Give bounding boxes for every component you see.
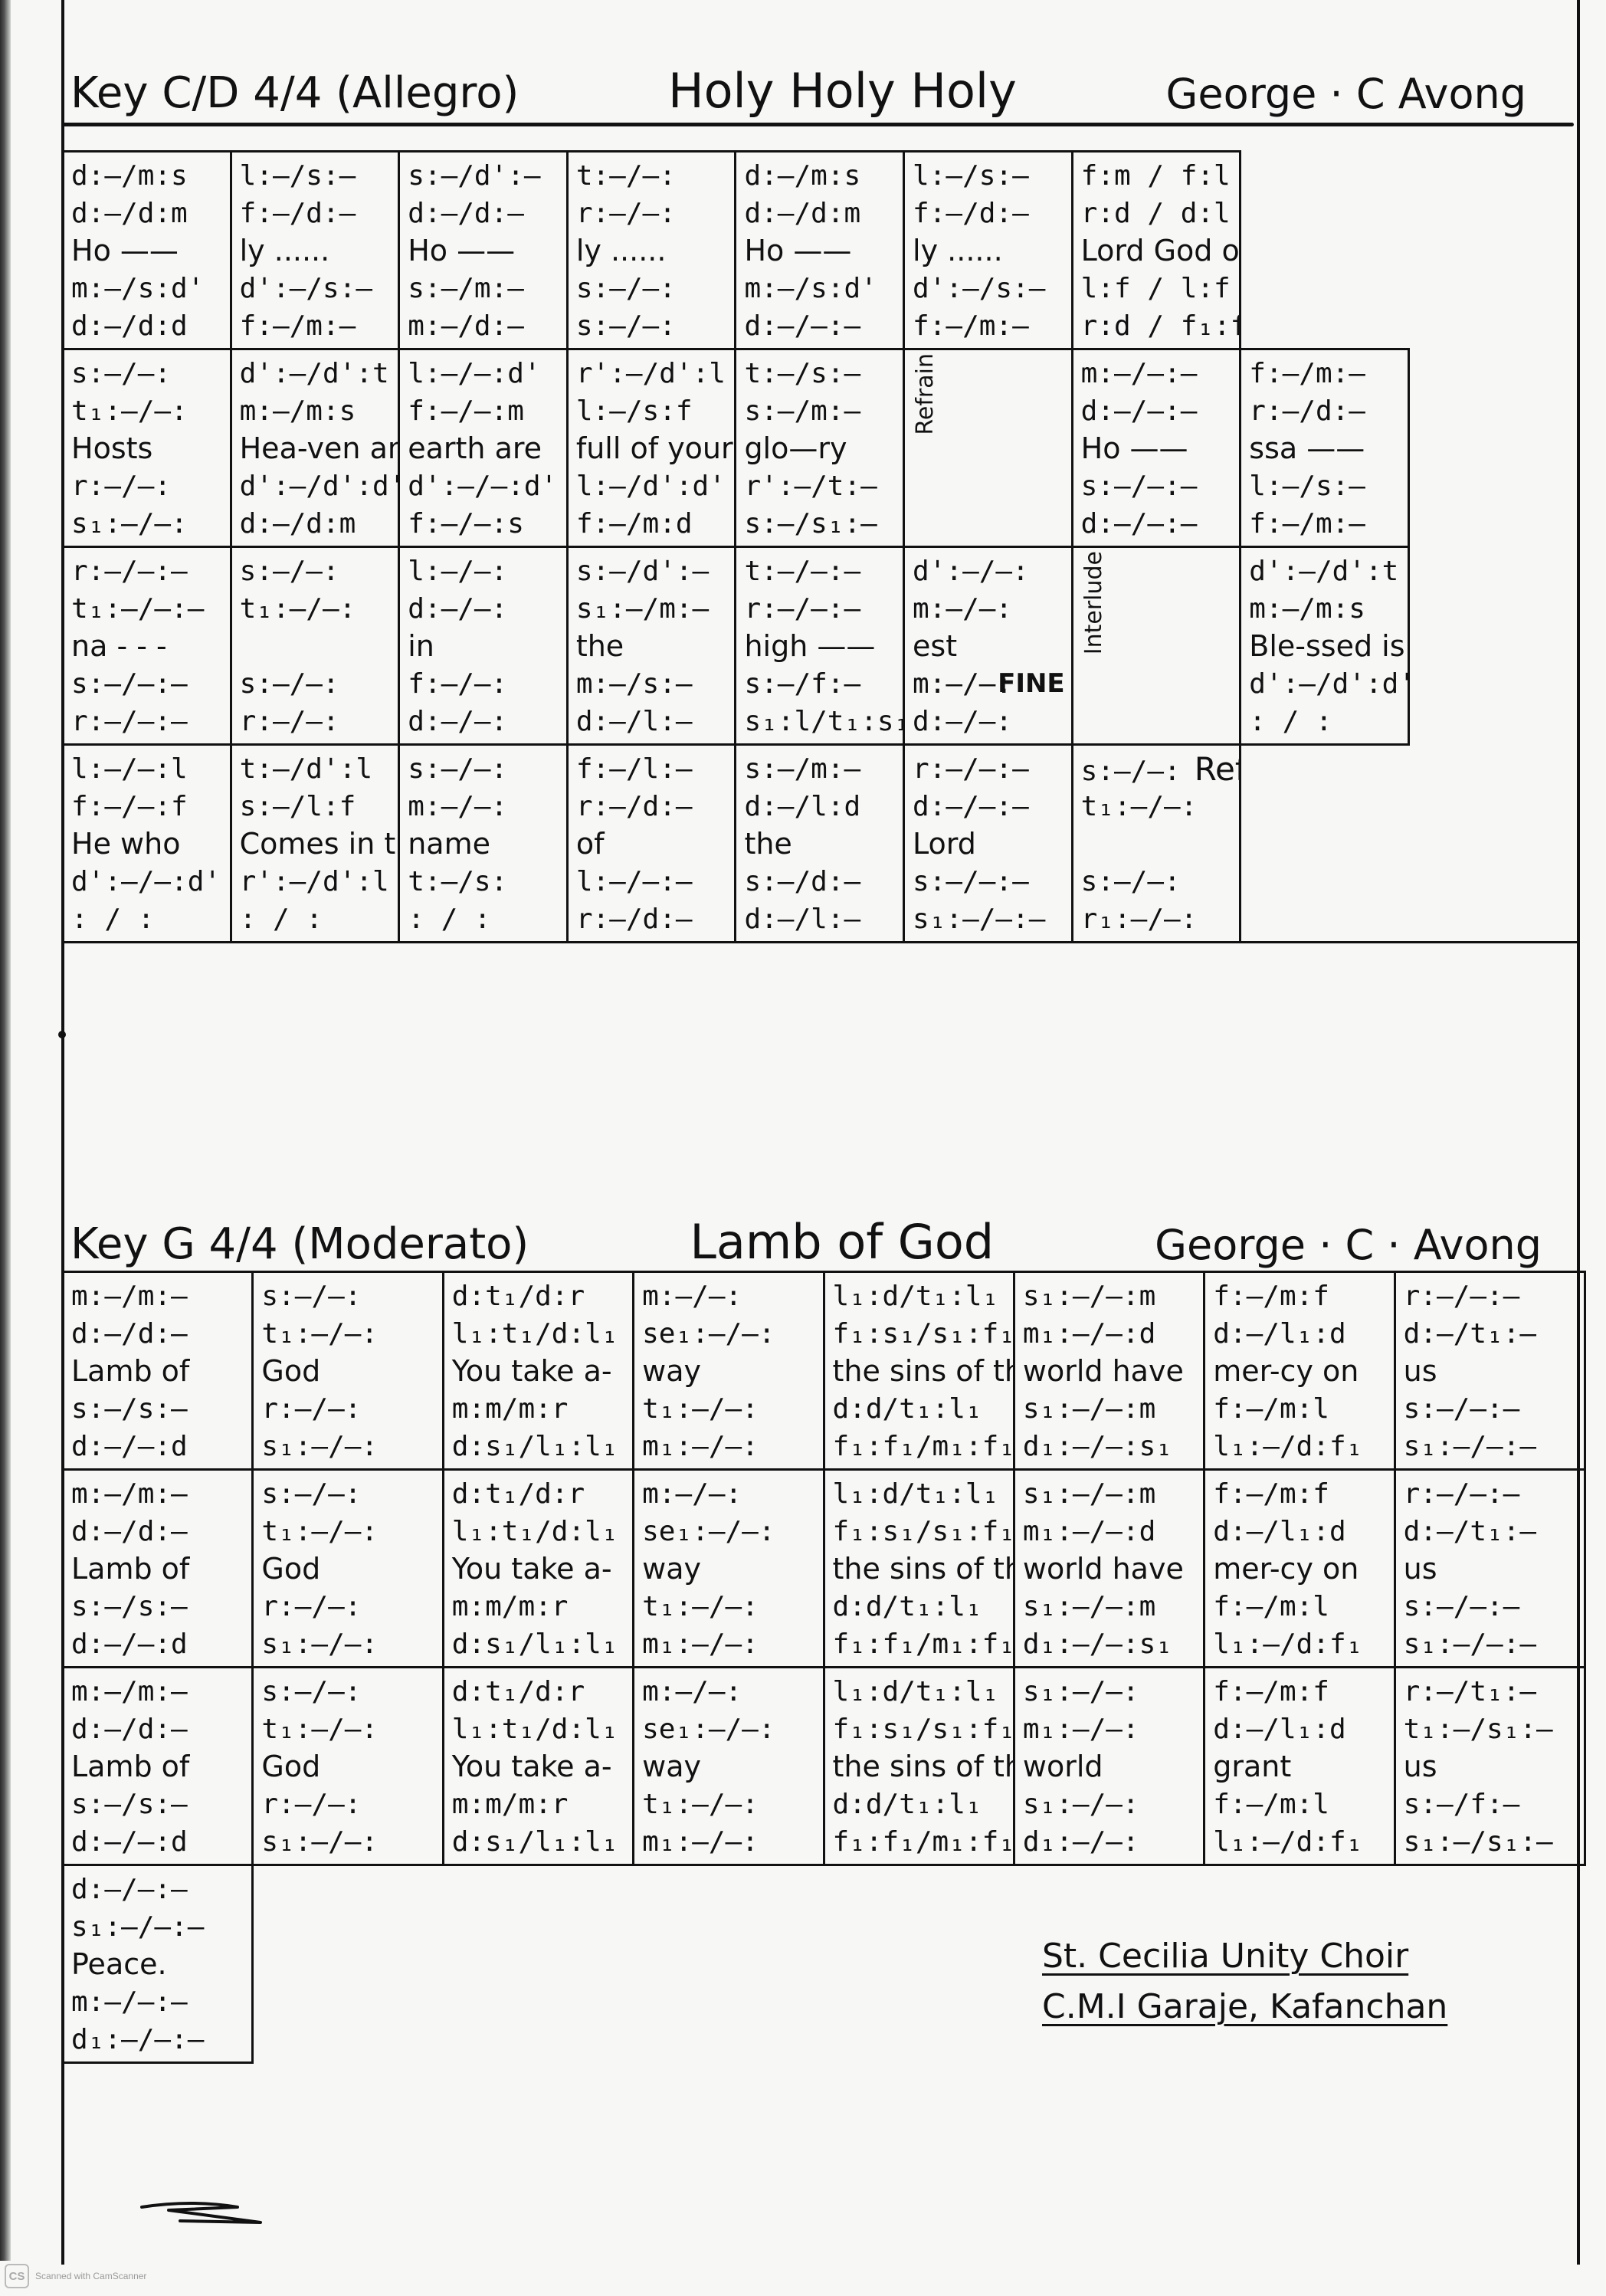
solfa-line: s:—/d':—: [576, 553, 729, 590]
solfa-line: d:d/t₁:l₁: [833, 1588, 1007, 1625]
lyric-line: Hea-ven and: [240, 430, 392, 467]
solfa-line: s:—/—:: [71, 355, 224, 392]
solfa-line: t₁:—/—:—: [71, 590, 224, 628]
solfa-line: t:—/s:: [408, 863, 560, 900]
solfa-line: t:—/s:—: [744, 355, 896, 392]
empty-space: [63, 943, 1578, 1166]
solfa-line: d:—/t₁:—: [1404, 1513, 1578, 1550]
solfa-line: m:m/m:r: [452, 1588, 626, 1625]
solfa-line: d':—/d':t: [240, 355, 392, 392]
choir-credits: St. Cecilia Unity Choir C.M.I Garaje, Ka…: [1042, 1931, 1447, 2032]
solfa-line: f:—/—:f: [71, 788, 224, 825]
solfa-line: m₁:—/—:d: [1023, 1315, 1197, 1353]
solfa-line: d':—/d':d': [1249, 665, 1401, 703]
measure-cell: d':—/—:m:—/—:estFINEm:—/—:d:—/—:: [904, 547, 1073, 745]
solfa-line: t₁:—/—:: [642, 1390, 816, 1428]
lyric-line: Ble-ssed is: [1249, 628, 1401, 665]
solfa-line: s₁:—/—:m: [1023, 1390, 1197, 1428]
solfa-line: f₁:s₁/s₁:f₁: [833, 1315, 1007, 1353]
measure-cell: d:—/—:—s₁:—/—:—Peace.m:—/—:—d₁:—/—:—: [63, 1865, 253, 2063]
solfa-line: s₁:—/—:: [71, 505, 224, 543]
solfa-line: se₁:—/—:: [642, 1711, 816, 1748]
solfa-line: m:—/m:s: [240, 392, 392, 430]
solfa-line: t₁:—/—:: [261, 1711, 435, 1748]
measure-cell: s:—/—:t₁:—/—:Hostsr:—/—:s₁:—/—:: [63, 349, 231, 547]
lyric-line: us: [1404, 1550, 1578, 1588]
solfa-line: s:—/s₁:—: [744, 505, 896, 543]
solfa-line: s:—/—:: [261, 1673, 435, 1711]
solfa-line: d':—/d':d': [240, 467, 392, 505]
measure-cell: s₁:—/—:mm₁:—/—:dworld haves₁:—/—:md₁:—/—…: [1014, 1470, 1204, 1668]
measure-cell: r:—/t₁:—t₁:—/s₁:—uss:—/f:—s₁:—/s₁:—: [1395, 1668, 1585, 1865]
solfa-line: d:—/l₁:d: [1213, 1711, 1387, 1748]
solfa-line: l:—/s:—: [240, 157, 392, 195]
piece2-header: Key G 4/4 (Moderato) Lamb of God George …: [70, 1219, 1542, 1266]
lyric-line: the: [744, 825, 896, 863]
solfa-line: f₁:f₁/m₁:f₁: [833, 1823, 1007, 1861]
solfa-line: s:—/l:f: [240, 788, 392, 825]
measure-cell: r:—/—:—d:—/—:—Lords:—/—:—s₁:—/—:—: [904, 745, 1073, 943]
solfa-line: r:—/—:: [240, 703, 392, 740]
solfa-line: s:—/f:—: [744, 665, 896, 703]
piece2-title: Lamb of God: [690, 1219, 994, 1266]
solfa-line: l₁:—/d:f₁: [1213, 1428, 1387, 1465]
solfa-line: r:—/d:—: [1249, 392, 1401, 430]
solfa-line: t₁:—/—:: [71, 392, 224, 430]
solfa-line: s₁:l/t₁:s₁: [744, 703, 896, 740]
measure-cell: l:—/—:d:—/—:inf:—/—:d:—/—:: [399, 547, 568, 745]
solfa-line: f:—/—:s: [408, 505, 560, 543]
solfa-line: s:—/f:—: [1404, 1786, 1578, 1823]
solfa-line: r:—/—:: [261, 1390, 435, 1428]
measure-cell: s:—/d':—s₁:—/m:—them:—/s:—d:—/l:—: [567, 547, 736, 745]
solfa-line: d:—/m:s: [71, 157, 224, 195]
solfa-line: s₁:—/—:: [261, 1625, 435, 1663]
piece2-key: Key G 4/4 (Moderato): [70, 1223, 529, 1266]
solfa-line: s:—/m:—: [408, 270, 560, 307]
solfa-line: s:—/—:: [261, 1278, 435, 1315]
solfa-line: d:—/d:m: [744, 195, 896, 232]
measure-cell: s:—/—:t₁:—/—:Godr:—/—:s₁:—/—:: [253, 1668, 443, 1865]
solfa-line: r:—/—:—: [744, 590, 896, 628]
measure-cell: d:—/m:sd:—/d:mHo ——m:—/s:d'd:—/—:—: [736, 152, 904, 349]
solfa-line: s:—/d:—: [744, 863, 896, 900]
lyric-line: the sins of the: [833, 1550, 1007, 1588]
signature-mark: [138, 2199, 268, 2230]
measure-cell: m:—/—:se₁:—/—:wayt₁:—/—:m₁:—/—:: [634, 1668, 824, 1865]
solfa-line: d:—/—:d: [71, 1625, 245, 1663]
lyric-line: way: [642, 1550, 816, 1588]
solfa-line: m₁:—/—:: [642, 1428, 816, 1465]
lyric-line: You take a-: [452, 1748, 626, 1786]
solfa-line: f:—/d:—: [913, 195, 1065, 232]
measure-cell: s:—/—:Reft₁:—/—:s:—/—:r₁:—/—:: [1072, 745, 1241, 943]
lyric-line: the sins of the: [833, 1748, 1007, 1786]
solfa-line: d:—/d:—: [71, 1315, 245, 1353]
solfa-line: l:—/—:—: [576, 863, 729, 900]
measure-cell: d':—/d':tm:—/m:sHea-ven andd':—/d':d'd:—…: [231, 349, 399, 547]
section-label-text: Refrain: [906, 353, 944, 435]
solfa-line: m:m/m:r: [452, 1390, 626, 1428]
solfa-line: s₁:—/—:: [1023, 1786, 1197, 1823]
solfa-line: l₁:t₁/d:l₁: [452, 1315, 626, 1353]
solfa-line: f:—/d:—: [240, 195, 392, 232]
solfa-line: r:—/—:—: [913, 750, 1065, 788]
measure-cell: d:t₁/d:rl₁:t₁/d:l₁You take a-m:m/m:rd:s₁…: [443, 1668, 633, 1865]
solfa-line: s:—/—:—: [71, 665, 224, 703]
lyric-line: Lamb of: [71, 1353, 245, 1390]
solfa-line: d:t₁/d:r: [452, 1475, 626, 1513]
measure-cell: f:—/m:fd:—/l₁:dgrantf:—/m:ll₁:—/d:f₁: [1204, 1668, 1395, 1865]
solfa-line: r':—/d':l: [240, 863, 392, 900]
solfa-line: se₁:—/—:: [642, 1315, 816, 1353]
piece1-score-table: d:—/m:sd:—/d:mHo ——m:—/s:d'd:—/d:dl:—/s:…: [61, 150, 1577, 1166]
measure-cell: f:—/m:—r:—/d:—ssa ——l:—/s:—f:—/m:—: [1241, 349, 1409, 547]
lyric-line: You take a-: [452, 1550, 626, 1588]
measure-cell: l₁:d/t₁:l₁f₁:s₁/s₁:f₁the sins of thed:d/…: [824, 1668, 1014, 1865]
solfa-line: d:—/—:—: [71, 1871, 245, 1908]
solfa-line: r:—/—:: [576, 195, 729, 232]
measure-cell: r':—/d':ll:—/s:ffull of yourl:—/d':d'f:—…: [567, 349, 736, 547]
solfa-line: : / :: [71, 900, 224, 938]
solfa-line: d:—/d:—: [408, 195, 560, 232]
solfa-line: f:—/m:f: [1213, 1673, 1387, 1711]
solfa-line: m:—/—:—: [1081, 355, 1234, 392]
solfa-line: d:—/—:d: [71, 1428, 245, 1465]
measure-cell: l:—/s:—f:—/d:—ly ......d':—/s:—f:—/m:—: [904, 152, 1073, 349]
solfa-line: d:—/l₁:d: [1213, 1315, 1387, 1353]
measure-cell: f:—/l:—r:—/d:—ofl:—/—:—r:—/d:—: [567, 745, 736, 943]
solfa-line: s:—/s:—: [71, 1588, 245, 1625]
solfa-line: d':—/s:—: [240, 270, 392, 307]
solfa-line: f:—/m:—: [1249, 355, 1401, 392]
solfa-line: s:—/—:: [240, 665, 392, 703]
solfa-line: d':—/—:: [913, 553, 1065, 590]
lyric-line: earth are: [408, 430, 560, 467]
measure-cell: f:m / f:lr:d / d:lLord God ofl:f / l:fr:…: [1072, 152, 1241, 349]
solfa-line: m:—/—:: [642, 1278, 816, 1315]
lyric-line: Lord: [913, 825, 1065, 863]
lyric-line: Ho ——: [1081, 430, 1234, 467]
solfa-line: d:—/—:: [408, 703, 560, 740]
solfa-line: d:s₁/l₁:l₁: [452, 1625, 626, 1663]
solfa-line: f:—/m:l: [1213, 1786, 1387, 1823]
solfa-line: d:—/l:—: [744, 900, 896, 938]
solfa-line: r:—/—:: [71, 467, 224, 505]
lyric-line: world have: [1023, 1353, 1197, 1390]
lyric-line: Peace.: [71, 1946, 245, 1983]
solfa-line: f₁:f₁/m₁:f₁: [833, 1428, 1007, 1465]
solfa-line: s:—/—:—: [913, 863, 1065, 900]
lyric-line: way: [642, 1748, 816, 1786]
lyric-line: est: [913, 628, 1065, 665]
solfa-line: s:—/—:: [576, 270, 729, 307]
solfa-line: m:—/—:: [642, 1475, 816, 1513]
solfa-line: d:—/d:m: [71, 195, 224, 232]
solfa-line: t₁:—/—:: [1081, 788, 1234, 825]
measure-cell: s:—/—:t₁:—/—:Godr:—/—:s₁:—/—:: [253, 1470, 443, 1668]
lyric-line: high ——: [744, 628, 896, 665]
solfa-line: m₁:—/—:: [642, 1625, 816, 1663]
measure-cell: d':—/d':tm:—/m:sBle-ssed isd':—/d':d': /…: [1241, 547, 1409, 745]
header-rule: [61, 123, 1574, 126]
solfa-line: t₁:—/—:: [642, 1588, 816, 1625]
measure-cell: l:—/—:d'f:—/—:mearth ared':—/—:d'f:—/—:s: [399, 349, 568, 547]
measure-cell: m:—/—:—d:—/—:—Ho ——s:—/—:—d:—/—:—: [1072, 349, 1241, 547]
measure-cell: m:—/m:—d:—/d:—Lamb ofs:—/s:—d:—/—:d: [63, 1668, 253, 1865]
lyric-line: ssa ——: [1249, 430, 1401, 467]
lyric-line: Lord God of: [1081, 232, 1234, 270]
solfa-line: s₁:—/—:—: [71, 1908, 245, 1946]
solfa-line: r:d / d:l: [1081, 195, 1234, 232]
solfa-line: f:—/m:—: [240, 307, 392, 345]
measure-cell: l:—/—:lf:—/—:fHe whod':—/—:d': / :: [63, 745, 231, 943]
solfa-line: s:—/—:: [576, 307, 729, 345]
measure-cell: f:—/m:fd:—/l₁:dmer-cy onf:—/m:ll₁:—/d:f₁: [1204, 1272, 1395, 1470]
solfa-line: d:—/—:: [408, 590, 560, 628]
solfa-line: f:—/m:d: [576, 505, 729, 543]
solfa-line: m₁:—/—:: [642, 1823, 816, 1861]
solfa-line: d:—/—:: [913, 703, 1065, 740]
measure-cell: t:—/—:r:—/—:ly ......s:—/—:s:—/—:: [567, 152, 736, 349]
lyric-line: Ho ——: [408, 232, 560, 270]
solfa-line: d:—/m:s: [744, 157, 896, 195]
lyric-line: mer-cy on: [1213, 1353, 1387, 1390]
solfa-line: d:—/t₁:—: [1404, 1315, 1578, 1353]
solfa-line: f:—/m:l: [1213, 1588, 1387, 1625]
lyric-line: Comes in the: [240, 825, 392, 863]
solfa-line: m:—/d:—: [408, 307, 560, 345]
measure-cell: s:—/—:m:—/—:namet:—/s:: / :: [399, 745, 568, 943]
solfa-line: m₁:—/—:: [1023, 1711, 1197, 1748]
measure-cell: s:—/—:t₁:—/—:s:—/—:r:—/—:: [231, 547, 399, 745]
lyric-line: God: [261, 1353, 435, 1390]
measure-cell: m:—/—:se₁:—/—:wayt₁:—/—:m₁:—/—:: [634, 1470, 824, 1668]
solfa-line: d:d/t₁:l₁: [833, 1390, 1007, 1428]
solfa-line: t₁:—/—:: [240, 590, 392, 628]
solfa-line: s₁:—/m:—: [576, 590, 729, 628]
measure-cell: s₁:—/—:m₁:—/—:worlds₁:—/—:d₁:—/—:: [1014, 1668, 1204, 1865]
solfa-line: d:—/—:—: [1081, 392, 1234, 430]
solfa-line: d:t₁/d:r: [452, 1278, 626, 1315]
solfa-line: m:—/—:: [408, 788, 560, 825]
solfa-line: m:—/—:: [642, 1673, 816, 1711]
measure-cell: s:—/—:t₁:—/—:Godr:—/—:s₁:—/—:: [253, 1272, 443, 1470]
solfa-line: m₁:—/—:d: [1023, 1513, 1197, 1550]
solfa-line: m:—/m:—: [71, 1673, 245, 1711]
solfa-line: l₁:d/t₁:l₁: [833, 1278, 1007, 1315]
measure-cell: r:—/—:—d:—/t₁:—uss:—/—:—s₁:—/—:—: [1395, 1470, 1585, 1668]
solfa-line: r:—/—:—: [71, 553, 224, 590]
solfa-line: l₁:t₁/d:l₁: [452, 1513, 626, 1550]
solfa-line: l:—/—:: [408, 553, 560, 590]
solfa-line: d:—/—:—: [1081, 505, 1234, 543]
solfa-line: t:—/d':l: [240, 750, 392, 788]
solfa-line: s:—/—:—: [1081, 467, 1234, 505]
solfa-line: l:—/s:—: [1249, 467, 1401, 505]
measure-cell: l:—/s:—f:—/d:—ly ......d':—/s:—f:—/m:—: [231, 152, 399, 349]
solfa-line: r:—/—:: [261, 1786, 435, 1823]
solfa-line: f:—/—:: [408, 665, 560, 703]
solfa-line: d:—/d:—: [71, 1513, 245, 1550]
solfa-line: m:—/s:d': [744, 270, 896, 307]
scan-edge-shadow: [0, 0, 11, 2261]
measure-cell: l₁:d/t₁:l₁f₁:s₁/s₁:f₁the sins of thed:d/…: [824, 1272, 1014, 1470]
solfa-line: r:d / f₁:f₁: [1081, 307, 1234, 345]
solfa-line: f₁:s₁/s₁:f₁: [833, 1513, 1007, 1550]
lyric-line: Lamb of: [71, 1550, 245, 1588]
lyric-line: mer-cy on: [1213, 1550, 1387, 1588]
solfa-line: s₁:—/—:—: [913, 900, 1065, 938]
lyric-line: us: [1404, 1748, 1578, 1786]
measure-cell: s₁:—/—:mm₁:—/—:dworld haves₁:—/—:md₁:—/—…: [1014, 1272, 1204, 1470]
measure-cell: d:t₁/d:rl₁:t₁/d:l₁You take a-m:m/m:rd:s₁…: [443, 1470, 633, 1668]
lyric-line: in: [408, 628, 560, 665]
solfa-line: s₁:—/—:m: [1023, 1278, 1197, 1315]
score-row: d:—/m:sd:—/d:mHo ——m:—/s:d'd:—/d:dl:—/s:…: [63, 152, 1578, 349]
solfa-line: s₁:—/—:m: [1023, 1475, 1197, 1513]
lyric-line: grant: [1213, 1748, 1387, 1786]
measure-cell: r:—/—:—t₁:—/—:—na - - -s:—/—:—r:—/—:—: [63, 547, 231, 745]
solfa-line: d:d/t₁:l₁: [833, 1786, 1007, 1823]
solfa-line: l:—/—:d': [408, 355, 560, 392]
measure-cell: t:—/—:—r:—/—:—high ——s:—/f:—s₁:l/t₁:s₁: [736, 547, 904, 745]
solfa-line: f:—/m:f: [1213, 1278, 1387, 1315]
solfa-line: s₁:—/s₁:—: [1404, 1823, 1578, 1861]
lyric-line: the: [576, 628, 729, 665]
piece1-key: Key C/D 4/4 (Allegro): [70, 72, 519, 115]
measure-cell: d:t₁/d:rl₁:t₁/d:l₁You take a-m:m/m:rd:s₁…: [443, 1272, 633, 1470]
lyric-line: world: [1023, 1748, 1197, 1786]
solfa-line: r:—/d:—: [576, 900, 729, 938]
solfa-line: l:—/s:—: [913, 157, 1065, 195]
solfa-line: r':—/d':l: [576, 355, 729, 392]
lyric-line: the sins of the: [833, 1353, 1007, 1390]
score-row: m:—/m:—d:—/d:—Lamb ofs:—/s:—d:—/—:ds:—/—…: [63, 1668, 1585, 1865]
solfa-line: d:—/l:d: [744, 788, 896, 825]
solfa-line: s:—/—:: [1081, 863, 1234, 900]
measure-cell: m:—/m:—d:—/d:—Lamb ofs:—/s:—d:—/—:d: [63, 1470, 253, 1668]
solfa-line: m:—/m:s: [1249, 590, 1401, 628]
solfa-line: se₁:—/—:: [642, 1513, 816, 1550]
lyric-line: world have: [1023, 1550, 1197, 1588]
solfa-line: d:s₁/l₁:l₁: [452, 1823, 626, 1861]
solfa-line: s:—/—:—: [1404, 1588, 1578, 1625]
solfa-line: s:—/m:—: [744, 750, 896, 788]
solfa-line: s:—/s:—: [71, 1390, 245, 1428]
solfa-line: t:—/—:—: [744, 553, 896, 590]
lyric-line: of: [576, 825, 729, 863]
piece1-title: Holy Holy Holy: [668, 67, 1017, 115]
measure-cell: r:—/—:—d:—/t₁:—uss:—/—:—s₁:—/—:—: [1395, 1272, 1585, 1470]
solfa-line: s:—/—:: [408, 750, 560, 788]
solfa-line: l:—/—:l: [71, 750, 224, 788]
measure-cell: s:—/d':—d:—/d:—Ho ——s:—/m:—m:—/d:—: [399, 152, 568, 349]
solfa-line: d:—/—:—: [913, 788, 1065, 825]
score-row: l:—/—:lf:—/—:fHe whod':—/—:d': / :t:—/d'…: [63, 745, 1578, 943]
solfa-line: f₁:s₁/s₁:f₁: [833, 1711, 1007, 1748]
measure-cell: s:—/m:—d:—/l:dthes:—/d:—d:—/l:—: [736, 745, 904, 943]
solfa-line: s:—/—:: [261, 1475, 435, 1513]
solfa-line: s₁:—/—:: [261, 1428, 435, 1465]
score-row: m:—/m:—d:—/d:—Lamb ofs:—/s:—d:—/—:ds:—/—…: [63, 1470, 1585, 1668]
solfa-line: m:—/s:—: [576, 665, 729, 703]
solfa-line: d₁:—/—:: [1023, 1823, 1197, 1861]
solfa-line: m:—/m:—: [71, 1278, 245, 1315]
solfa-line: m:m/m:r: [452, 1786, 626, 1823]
solfa-line: s:—/d':—: [408, 157, 560, 195]
solfa-line: l:—/d':d': [576, 467, 729, 505]
solfa-line: t₁:—/s₁:—: [1404, 1711, 1578, 1748]
solfa-line: r:—/d:—: [576, 788, 729, 825]
score-row: r:—/—:—t₁:—/—:—na - - -s:—/—:—r:—/—:—s:—…: [63, 547, 1578, 745]
solfa-line: d:—/d:d: [71, 307, 224, 345]
solfa-line: d:—/l₁:d: [1213, 1513, 1387, 1550]
measure-cell: l₁:d/t₁:l₁f₁:s₁/s₁:f₁the sins of thed:d/…: [824, 1470, 1014, 1668]
lyric-line: Ho ——: [744, 232, 896, 270]
section-label: Interlude: [1072, 547, 1241, 745]
lyric-line: glo—ry: [744, 430, 896, 467]
solfa-line: f:m / f:l: [1081, 157, 1234, 195]
solfa-line: f:—/m:—: [1249, 505, 1401, 543]
measure-cell: t:—/d':ls:—/l:fComes in ther':—/d':l: / …: [231, 745, 399, 943]
solfa-line: s:—/—:: [240, 553, 392, 590]
lyric-line: ly ......: [240, 232, 392, 270]
solfa-line: d₁:—/—:—: [71, 2021, 245, 2058]
page-mark: [58, 1031, 66, 1038]
solfa-line: s₁:—/—:: [1023, 1673, 1197, 1711]
solfa-line: d:—/—:d: [71, 1823, 245, 1861]
solfa-line: r₁:—/—:: [1081, 900, 1234, 938]
lyric-line: [1081, 825, 1234, 863]
solfa-line: d':—/d':t: [1249, 553, 1401, 590]
solfa-line: : / :: [240, 900, 392, 938]
solfa-line: f:—/m:l: [1213, 1390, 1387, 1428]
solfa-line: s₁:—/—:—: [1404, 1625, 1578, 1663]
solfa-line: r:—/t₁:—: [1404, 1673, 1578, 1711]
solfa-line: s:—/—:Ref: [1081, 750, 1234, 788]
solfa-line: f:—/m:—: [913, 307, 1065, 345]
piece1-composer: George · C Avong: [1166, 74, 1527, 115]
solfa-line: s:—/s:—: [71, 1786, 245, 1823]
solfa-line: s₁:—/—:: [261, 1823, 435, 1861]
measure-cell: t:—/s:—s:—/m:—glo—ryr':—/t:—s:—/s₁:—: [736, 349, 904, 547]
solfa-line: r:—/—:—: [71, 703, 224, 740]
measure-cell: m:—/—:se₁:—/—:wayt₁:—/—:m₁:—/—:: [634, 1272, 824, 1470]
solfa-line: l₁:t₁/d:l₁: [452, 1711, 626, 1748]
lyric-line: God: [261, 1550, 435, 1588]
scanner-watermark: CS Scanned with CamScanner: [5, 2264, 146, 2288]
solfa-line: m:—/s:d': [71, 270, 224, 307]
piece2-composer: George · C · Avong: [1155, 1225, 1542, 1266]
ref-marker: Ref: [1195, 750, 1241, 788]
score-row: s:—/—:t₁:—/—:Hostsr:—/—:s₁:—/—:d':—/d':t…: [63, 349, 1578, 547]
solfa-line: l:—/s:f: [576, 392, 729, 430]
lyric-line: us: [1404, 1353, 1578, 1390]
solfa-line: f:—/—:m: [408, 392, 560, 430]
lyric-line: name: [408, 825, 560, 863]
solfa-line: d₁:—/—:s₁: [1023, 1625, 1197, 1663]
lyric-line: full of your: [576, 430, 729, 467]
solfa-line: f:—/l:—: [576, 750, 729, 788]
solfa-line: : / :: [1249, 703, 1401, 740]
measure-cell: d:—/m:sd:—/d:mHo ——m:—/s:d'd:—/d:d: [63, 152, 231, 349]
solfa-line: t₁:—/—:: [261, 1315, 435, 1353]
lyric-line: He who: [71, 825, 224, 863]
solfa-line: : / :: [408, 900, 560, 938]
measure-cell: m:—/m:—d:—/d:—Lamb ofs:—/s:—d:—/—:d: [63, 1272, 253, 1470]
solfa-line: m:—/—:—: [71, 1983, 245, 2021]
